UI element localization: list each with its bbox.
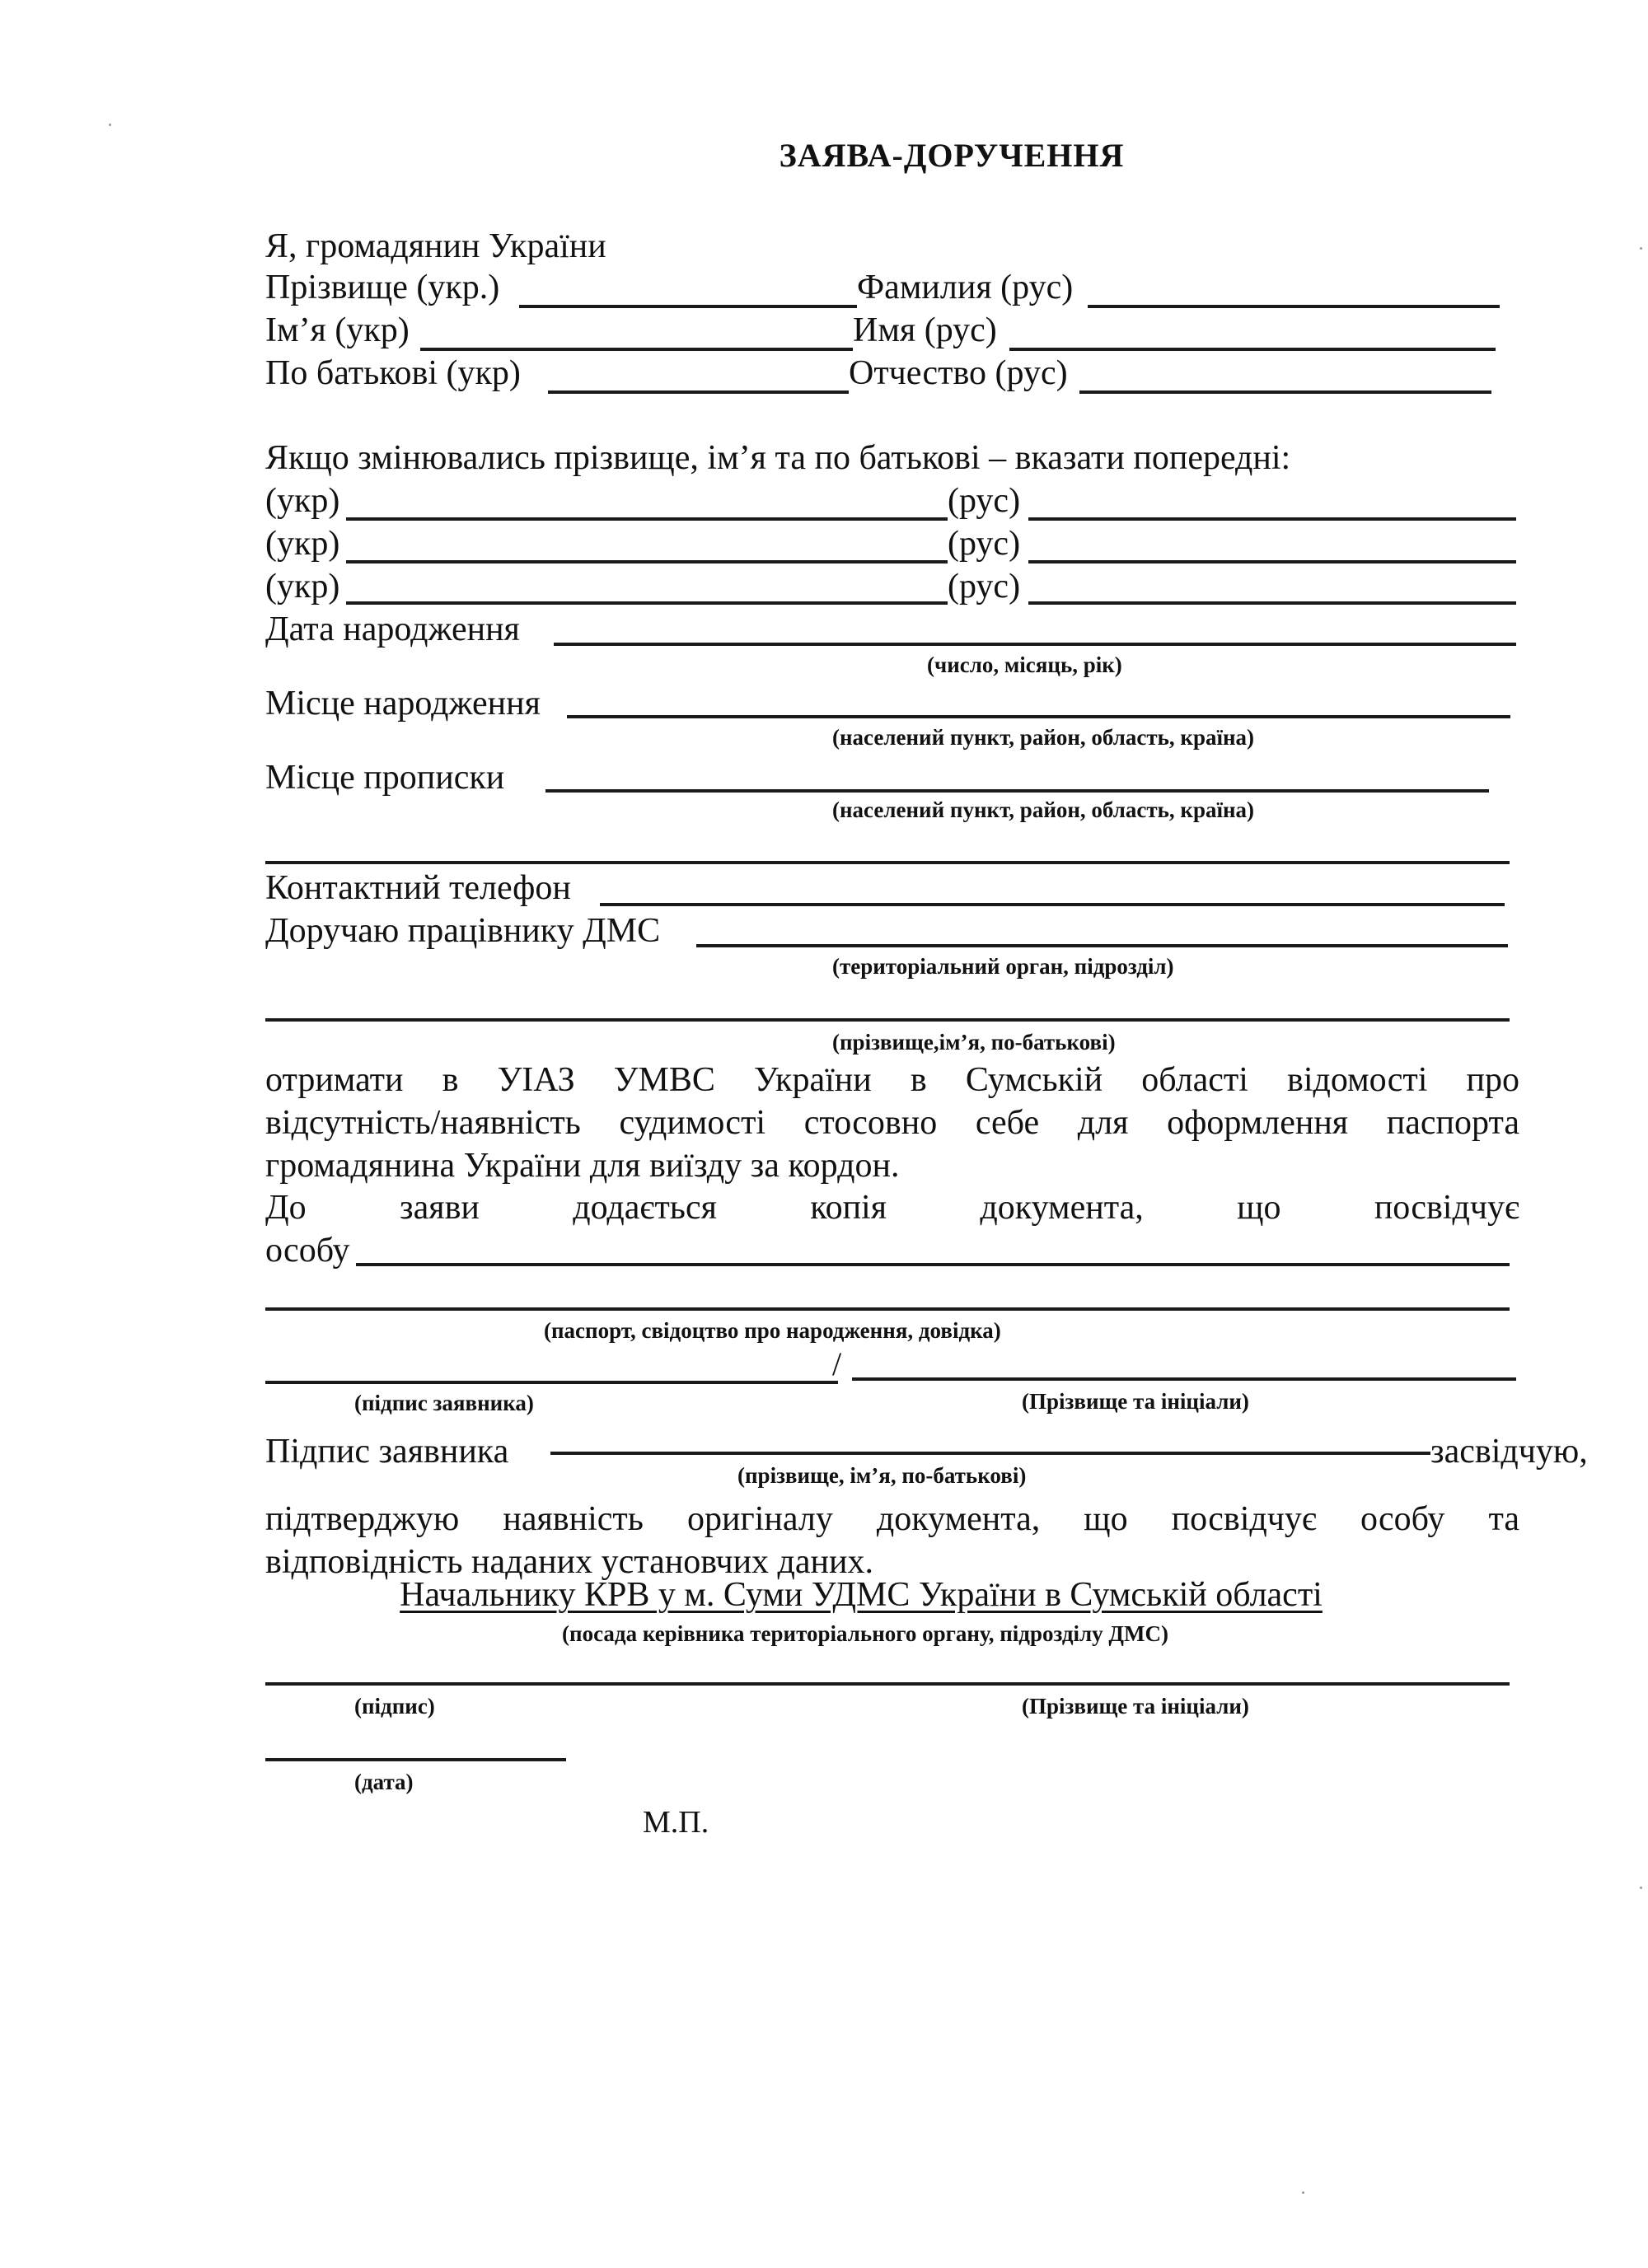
request-paragraph: отримати в УІАЗ УМВС України в Сумській …: [265, 1059, 1519, 1187]
prev-rus-field-3[interactable]: [1028, 601, 1516, 605]
prev-ukr-field-2[interactable]: [346, 560, 948, 563]
surname-rus-label: Фамилия (рус): [857, 266, 1073, 309]
delegate-org-caption: (територіальний орган, підрозділ): [832, 954, 1174, 980]
prev-rus-label-2: (рус): [948, 522, 1020, 565]
attachment-line: До заяви додається копія документа, що п…: [265, 1186, 1519, 1229]
attachment-caption: (паспорт, свідоцтво про народження, дові…: [544, 1318, 1001, 1344]
name-ukr-label: Ім’я (укр): [265, 309, 410, 352]
patronymic-rus-field[interactable]: [1079, 390, 1491, 394]
request-line-2: відсутність/наявність судимості стосовно…: [265, 1101, 1519, 1144]
applicant-name-field[interactable]: [852, 1377, 1516, 1381]
applicant-signature-caption: (підпис заявника): [354, 1391, 534, 1416]
phone-label: Контактний телефон: [265, 867, 571, 910]
prev-ukr-label-3: (укр): [265, 565, 339, 608]
official-signature-caption: (підпис): [354, 1694, 435, 1719]
birth-place-field[interactable]: [567, 715, 1510, 718]
registration-place-caption: (населений пункт, район, область, країна…: [832, 797, 1254, 823]
request-line-1: отримати в УІАЗ УМВС України в Сумській …: [265, 1059, 1519, 1101]
slash-separator: /: [832, 1344, 841, 1383]
patronymic-ukr-label: По батькові (укр): [265, 352, 521, 395]
confirm-line-1: підтверджую наявність оригіналу документ…: [265, 1498, 1519, 1541]
attachment-label: особу: [265, 1229, 349, 1272]
patronymic-rus-label: Отчество (рус): [849, 352, 1068, 395]
attachment-field[interactable]: [356, 1263, 1510, 1266]
applicant-name-caption: (Прізвище та ініціали): [1022, 1389, 1249, 1415]
phone-field[interactable]: [600, 903, 1505, 906]
prev-rus-label-1: (рус): [948, 479, 1020, 522]
prev-rus-field-1[interactable]: [1028, 517, 1516, 521]
official-position-caption: (посада керівника територіального органу…: [0, 1621, 1648, 1647]
certify-suffix: засвідчую,: [1430, 1430, 1588, 1473]
attachment-field-2[interactable]: [265, 1307, 1510, 1311]
scan-speck: [1640, 1887, 1642, 1889]
name-rus-field[interactable]: [1009, 348, 1496, 351]
birth-date-label: Дата народження: [265, 608, 520, 651]
certify-caption: (прізвище, ім’я, по-батькові): [737, 1463, 1026, 1489]
surname-rus-field[interactable]: [1088, 305, 1500, 308]
scan-speck: [1640, 247, 1642, 250]
confirm-paragraph: підтверджую наявність оригіналу документ…: [265, 1498, 1519, 1583]
prev-ukr-field-1[interactable]: [346, 517, 948, 521]
certify-label: Підпис заявника: [265, 1430, 508, 1473]
document-title: ЗАЯВА-ДОРУЧЕННЯ: [0, 136, 1648, 175]
previous-names-heading: Якщо змінювались прізвище, ім’я та по ба…: [265, 437, 1290, 479]
official-signature-field[interactable]: [265, 1682, 1510, 1686]
date-caption: (дата): [354, 1770, 414, 1795]
scan-speck: [1302, 2191, 1304, 2194]
prev-ukr-label-1: (укр): [265, 479, 339, 522]
delegate-name-field[interactable]: [265, 1018, 1510, 1022]
request-line-3: громадянина України для виїзду за кордон…: [265, 1144, 1519, 1187]
surname-ukr-field[interactable]: [519, 305, 857, 308]
registration-place-label: Місце прописки: [265, 756, 504, 799]
official-name-caption: (Прізвище та ініціали): [1022, 1694, 1249, 1719]
certify-name-field[interactable]: [550, 1452, 1430, 1455]
prev-ukr-field-3[interactable]: [346, 601, 948, 605]
delegate-label: Доручаю працівнику ДМС: [265, 910, 660, 952]
attachment-paragraph: До заяви додається копія документа, що п…: [265, 1186, 1519, 1229]
birth-date-field[interactable]: [554, 643, 1516, 646]
stamp-place: М.П.: [643, 1804, 709, 1840]
birth-place-label: Місце народження: [265, 682, 541, 725]
date-field[interactable]: [265, 1758, 566, 1761]
name-rus-label: Имя (рус): [853, 309, 997, 352]
delegate-name-caption: (прізвище,ім’я, по-батькові): [832, 1030, 1116, 1055]
scan-speck: [109, 124, 111, 126]
surname-ukr-label: Прізвище (укр.): [265, 266, 499, 309]
prev-rus-field-2[interactable]: [1028, 560, 1516, 563]
registration-place-field-2[interactable]: [265, 861, 1510, 864]
official-position: Начальнику КРВ у м. Суми УДМС України в …: [0, 1574, 1648, 1616]
birth-date-caption: (число, місяць, рік): [927, 652, 1122, 678]
birth-place-caption: (населений пункт, район, область, країна…: [832, 725, 1254, 751]
registration-place-field[interactable]: [545, 789, 1489, 793]
applicant-signature-field[interactable]: [265, 1381, 838, 1384]
patronymic-ukr-field[interactable]: [548, 390, 849, 394]
intro-text: Я, громадянин України: [265, 225, 606, 268]
prev-ukr-label-2: (укр): [265, 522, 339, 565]
delegate-org-field[interactable]: [696, 944, 1508, 947]
prev-rus-label-3: (рус): [948, 565, 1020, 608]
name-ukr-field[interactable]: [420, 348, 853, 351]
